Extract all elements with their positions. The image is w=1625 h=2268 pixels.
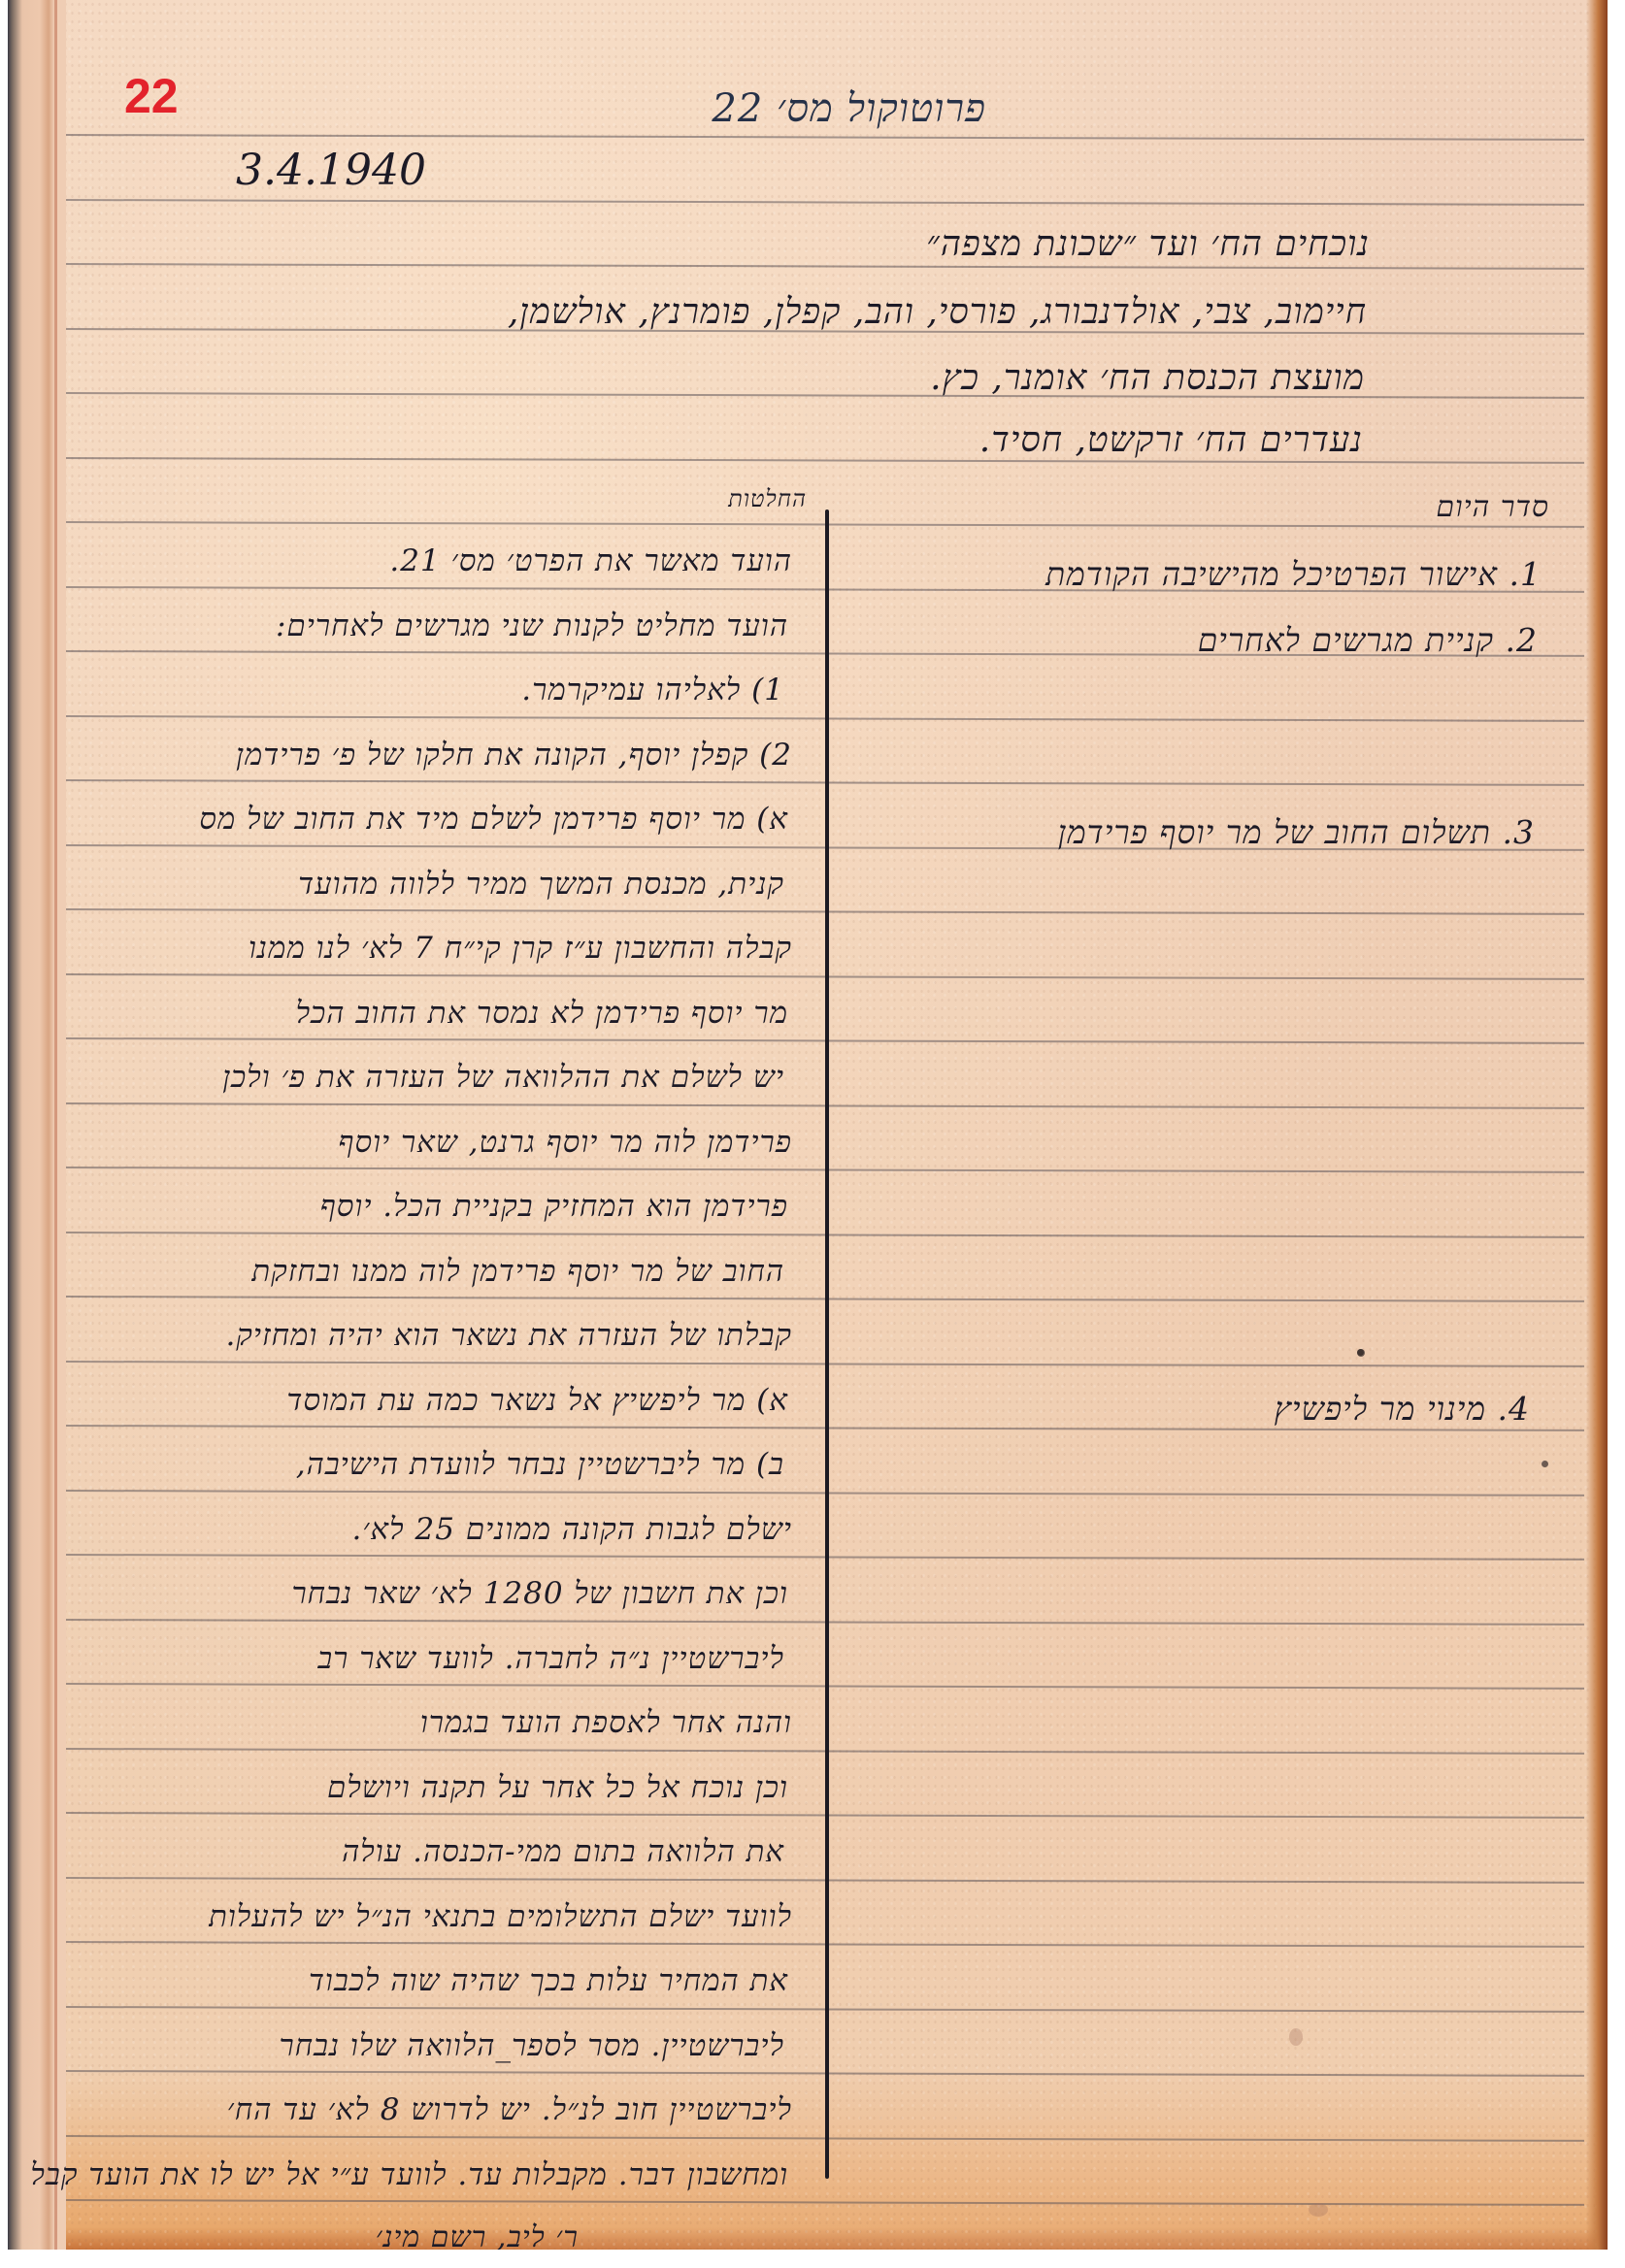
page-number-stamp: 22 [124,68,179,124]
agenda-item: 2. קניית מגרשים לאחרים [1198,621,1538,660]
attendees-council: מועצת הכנסת הח׳ אומנר, כץ. [930,357,1365,398]
decision-line: קבלתו של העזרה את נשאר הוא יהיה ומחזיק. [225,1318,792,1353]
decision-line: את המחיר עלות בכך שהיה שוה לכבוד [309,1963,788,1998]
attendees-absent: נעדרים הח׳ זרקשט, חסיד. [979,419,1363,460]
column-divider [825,509,829,2179]
paper-stain [1309,2203,1328,2217]
agenda-label: סדר היום [1436,490,1549,524]
decision-line: יש לשלם את ההלוואה של העזרה את פ׳ ולכן [222,1060,784,1095]
decision-line: החוב של מר יוסף פרידמן לוה ממנו ובחזקת [251,1254,784,1289]
page-edge [1586,0,1608,2250]
ruled-line [66,199,1584,206]
decision-line: וכן נוכח אל כל אחר על תקנה ויושלם [327,1770,788,1805]
decision-line: 2) קפלן יוסף, הקונה את חלקו של פ׳ פרידמן [236,738,792,772]
decision-line: ליברשטיין. מסר לספר_הלוואה שלו נבחר [279,2028,784,2063]
agenda-item: 1. אישור הפרטיכל מהישיבה הקודמת [1045,555,1542,594]
decision-line: וכן את חשבון של 1280 לא׳ שאר נבחר [291,1576,788,1611]
decision-line: פרידמן לוה מר יוסף גרנט, שאר יוסף [338,1125,792,1160]
decision-line: הועד מאשר את הפרט׳ מס׳ 21. [389,543,792,578]
decision-line: ב) מר ליברשטיין נבחר לוועדת הישיבה, [296,1447,784,1482]
notebook-page: 22 3.4.1940 פרוטוקול מס׳ 22 נוכחים הח׳ ו… [8,0,1608,2250]
attendees-present: נוכחים הח׳ ועד ״שכונת מצפה״ [926,223,1370,264]
decision-line: לוועד ישלם התשלומים בתנאי הנ״ל יש להעלות [209,1899,792,1934]
decision-line: א) מר יוסף פרידמן לשלם מיד את החוב של מס [199,802,788,837]
decision-line: ומחשבון דבר. מקבלות עד. לוועד ע״י אל יש … [31,2157,788,2192]
ruled-line [66,134,1584,141]
ink-dot [1542,1461,1548,1467]
decision-line: קנית, מכנסת המשך ממיר ללווה מהועד [298,867,784,902]
protocol-title: פרוטוקול מס׳ 22 [712,85,986,131]
ink-dot [1357,1349,1364,1356]
meeting-date: 3.4.1940 [236,146,426,195]
decision-line: הועד מחליט לקנות שני מגרשים לאחרים: [276,608,788,643]
decisions-label: החלטות [728,485,807,513]
agenda-item: 3. תשלום החוב של מר יוסף פרידמן [1058,813,1535,852]
decision-line: ליברשטיין נ״ה לחברה. לוועד שאר רב [317,1641,784,1676]
decision-line: א) מר ליפשיץ אל נשאר כמה עת המוסד [286,1383,788,1418]
page-binding [8,0,66,2250]
attendees-list: חיימוב, צבי, אולדנבורג, פורסי, והב, קפלן… [508,291,1367,332]
decision-line: 1) לאליהו עמיקרמר. [521,673,784,707]
scan-margin [0,2250,1625,2268]
decision-line: קבלה והחשבון ע״ז קרן קי״ח 7 לא׳ לנו ממנו [249,931,792,966]
decision-line: מר יוסף פרידמן לא נמסר את החוב הכל [296,996,788,1031]
ruled-line [66,263,1584,270]
ruled-line [66,2199,1584,2206]
secretary-signature: ר׳ ליב, רשם מינ׳ [376,2220,579,2250]
paper-stain [1289,2028,1303,2046]
agenda-item: 4. מינוי מר ליפשיץ [1275,1390,1530,1429]
decision-line: את הלוואה בתום ממי-הכנסה. עולה [342,1834,784,1869]
decision-line: ליברשטיין חוב לנ״ל. יש לדרוש 8 לא׳ עד הח… [227,2092,792,2127]
decision-line: פרידמן הוא המחזיק בקניית הכל. יוסף [320,1189,788,1224]
decision-line: והנה אחר לאספת הועד בגמרו [420,1705,792,1740]
decision-line: ישלם לגבות הקונה ממונים 25 לא׳. [352,1512,792,1547]
